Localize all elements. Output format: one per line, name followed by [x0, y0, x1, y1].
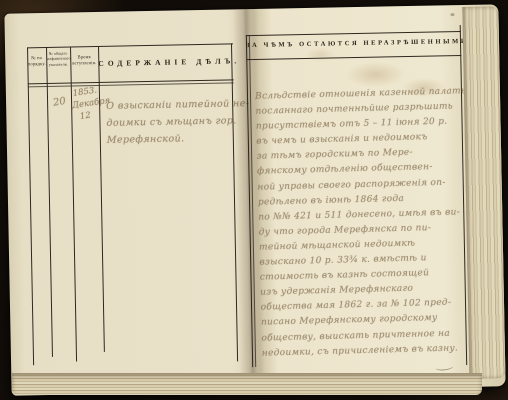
table-border-left	[27, 47, 34, 365]
column-header-content: СОДЕРЖАНІЕ ДѢЛЪ.	[98, 56, 231, 69]
page-stack-bottom-edge	[12, 373, 482, 395]
column-header-date: Время вступленія.	[71, 54, 97, 67]
table-col-rule-3	[98, 46, 105, 352]
right-header-top-rule	[246, 31, 461, 36]
resolution-text: Вслѣдствіе отношенія казенной палатыпосл…	[255, 84, 466, 361]
book-spread: № по порядку. № общаго алфавитнаго указа…	[4, 4, 505, 395]
table-col-rule-1	[46, 47, 53, 357]
clerk-pencil-mark	[435, 362, 454, 371]
column-header-number: № по порядку.	[27, 55, 46, 67]
register-book: № по порядку. № общаго алфавитнаго указа…	[8, 5, 502, 395]
right-header-bottom-rule	[246, 55, 461, 60]
entry-content: О взысканіи питейной не-доимки съ мѣщанъ…	[106, 95, 231, 148]
entry-date: 1853.Декабря12	[72, 86, 99, 122]
entry-number: 20	[52, 96, 66, 109]
page-corner-mark	[450, 13, 454, 16]
foxing-stain	[345, 61, 405, 88]
right-column-header: ЗА ЧѢМЪ ОСТАЮТСЯ НЕРАЗРѢШЕННЫМИ.	[246, 38, 461, 51]
entry-date-line: 12	[72, 108, 99, 124]
entry-content-line: Мерефянской.	[107, 129, 231, 148]
table-top-rule	[27, 43, 233, 48]
column-header-index: № общаго алфавитнаго указателя.	[47, 51, 69, 68]
page-stack-fore-edge	[462, 6, 505, 379]
